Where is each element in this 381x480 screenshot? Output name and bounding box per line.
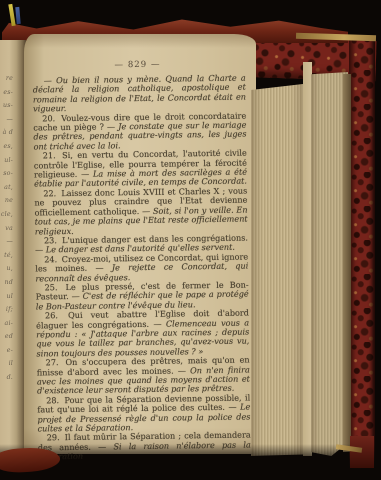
paragraph: 27. On s'occupera des prêtres, mais qu'o…	[37, 356, 251, 397]
cover-corner-bottom-right	[350, 436, 374, 468]
left-page-fragment: e-	[7, 344, 13, 358]
left-page-fragment: ed	[5, 330, 13, 344]
left-page-fragment: ai-	[5, 317, 14, 331]
left-page-fragments: rees-us-—à des,ul-so-at,necle,va—té,u,nd…	[0, 72, 13, 385]
page-edges-stack-inner	[251, 84, 303, 456]
page-content: — 829 — — Ou bien il nous y mène. Quand …	[21, 32, 259, 455]
left-page-fragment: us-	[3, 99, 13, 113]
paragraph: 25. Le plus pressé, c'est de fermer le B…	[36, 280, 249, 311]
left-page-fragment: at,	[4, 181, 13, 195]
paragraph: 21. Si, en vertu du Concordat, l'autorit…	[34, 149, 248, 190]
book-photo: rees-us-—à des,ul-so-at,necle,va—té,u,nd…	[0, 0, 381, 480]
left-page-fragment: à d	[3, 126, 13, 140]
paragraph: 26. Qui veut abattre l'Eglise doit d'abo…	[36, 309, 250, 359]
left-page-fragment: nd	[5, 276, 14, 290]
left-page-fragment: es-	[3, 86, 13, 100]
left-page-fragment: d.	[7, 371, 13, 385]
page-edges-shadow	[343, 74, 351, 452]
left-page-fragment: ul-	[4, 154, 13, 168]
left-page-fragment: va	[5, 222, 13, 236]
left-page-fragment: es,	[3, 140, 13, 154]
bookmark-ribbon-icon	[15, 7, 20, 24]
book-page: — 829 — — Ou bien il nous y mène. Quand …	[24, 34, 256, 454]
paragraph: 20. Voulez-vous dire que le droit concor…	[33, 111, 247, 152]
left-page-fragment: u,	[7, 262, 13, 276]
left-page-fragment: il	[9, 357, 13, 371]
page-number: — 829 —	[21, 58, 253, 71]
paragraph: 22. Laissez donc Louis XVIII et Charles …	[34, 186, 248, 236]
paragraph: — Ou bien il nous y mène. Quand la Chart…	[33, 74, 247, 115]
left-page-fragment: so-	[3, 167, 13, 181]
book-cover-right-edge	[349, 36, 375, 472]
left-page-fragment: if;	[6, 303, 13, 317]
paragraph: 28. Pour que la Séparation devienne poss…	[37, 393, 251, 434]
left-page-fragment: cle,	[1, 208, 13, 222]
left-page-fragment: té,	[4, 249, 13, 263]
left-page-fragment: —	[7, 113, 14, 127]
paragraph: 24. Croyez-moi, utilisez ce Concordat, q…	[35, 252, 248, 283]
page-edges-gap	[303, 62, 312, 456]
left-page-fragment: —	[7, 235, 14, 249]
text-block: — Ou bien il nous y mène. Quand la Chart…	[33, 74, 251, 463]
left-page-fragment: ne	[5, 194, 13, 208]
response-text: — Ou bien il nous y mène. Quand la Chart…	[33, 73, 246, 114]
left-page-fragment: ul	[7, 290, 13, 304]
left-page-fragment: re	[6, 72, 13, 86]
